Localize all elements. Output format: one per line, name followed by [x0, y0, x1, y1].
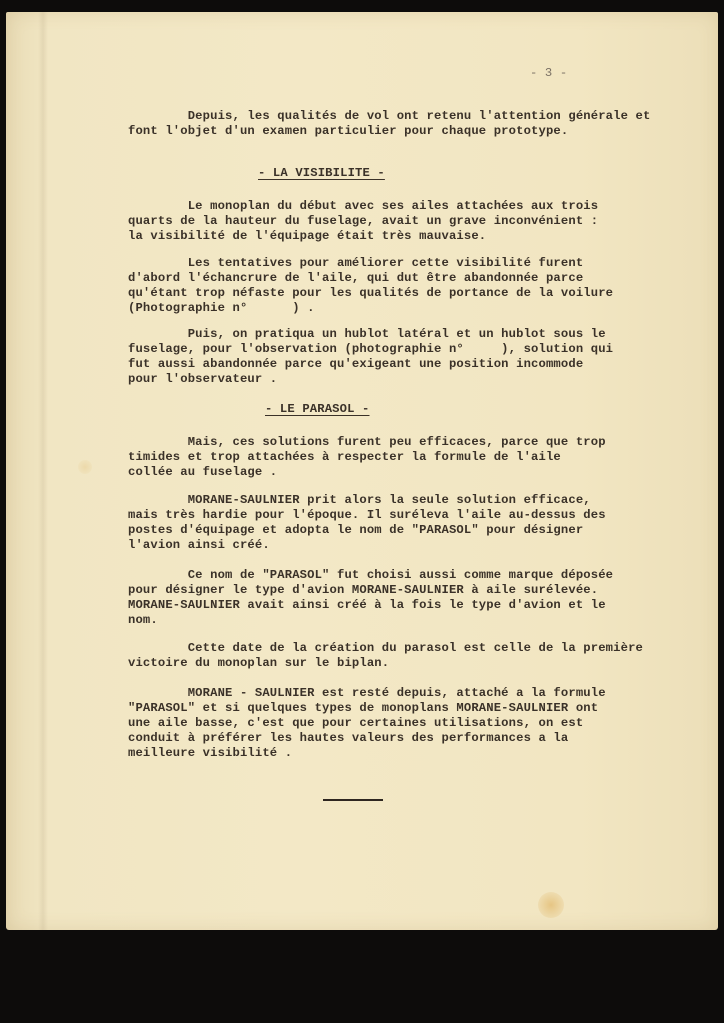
paragraph-line: qu'étant trop néfaste pour les qualités … — [128, 286, 613, 301]
paragraph-line: collée au fuselage . — [128, 465, 277, 480]
paragraph-line: MORANE - SAULNIER est resté depuis, atta… — [128, 686, 606, 701]
paragraph-line: Cette date de la création du parasol est… — [128, 641, 643, 656]
paragraph-line: quarts de la hauteur du fuselage, avait … — [128, 214, 598, 229]
paragraph-line: (Photographie n° ) . — [128, 301, 315, 316]
paragraph-line: pour désigner le type d'avion MORANE-SAU… — [128, 583, 598, 598]
paragraph-line: timides et trop attachées à respecter la… — [128, 450, 561, 465]
scanned-document: - 3 - Depuis, les qualités de vol ont re… — [0, 0, 724, 1023]
paragraph-line: postes d'équipage et adopta le nom de "P… — [128, 523, 583, 538]
paper-stain — [78, 460, 92, 474]
paragraph-line: meilleure visibilité . — [128, 746, 292, 761]
paper-fold-shadow — [38, 12, 48, 930]
paragraph-line: nom. — [128, 613, 158, 628]
paragraph-line: d'abord l'échancrure de l'aile, qui dut … — [128, 271, 583, 286]
paragraph-line: Les tentatives pour améliorer cette visi… — [128, 256, 583, 271]
paper-stain — [538, 892, 564, 918]
paragraph-line: Le monoplan du début avec ses ailes atta… — [128, 199, 598, 214]
intro-line-1: Depuis, les qualités de vol ont retenu l… — [128, 109, 650, 124]
paragraph-line: Ce nom de "PARASOL" fut choisi aussi com… — [128, 568, 613, 583]
paragraph-line: MORANE-SAULNIER avait ainsi créé à la fo… — [128, 598, 606, 613]
paragraph-line: conduit à préférer les hautes valeurs de… — [128, 731, 568, 746]
intro-line-2: font l'objet d'un examen particulier pou… — [128, 124, 568, 139]
paragraph-line: la visibilité de l'équipage était très m… — [128, 229, 486, 244]
paper-page — [6, 12, 718, 930]
paragraph-line: MORANE-SAULNIER prit alors la seule solu… — [128, 493, 591, 508]
paragraph-line: l'avion ainsi créé. — [128, 538, 270, 553]
paragraph-line: Mais, ces solutions furent peu efficaces… — [128, 435, 606, 450]
paragraph-line: une aile basse, c'est que pour certaines… — [128, 716, 583, 731]
paragraph-line: "PARASOL" et si quelques types de monopl… — [128, 701, 598, 716]
paragraph-line: fuselage, pour l'observation (photograph… — [128, 342, 613, 357]
paragraph-line: mais très hardie pour l'époque. Il surél… — [128, 508, 606, 523]
end-rule-divider — [323, 799, 383, 801]
paragraph-line: victoire du monoplan sur le biplan. — [128, 656, 389, 671]
section-heading-visibilite: - LA VISIBILITE - — [258, 166, 385, 181]
page-number: - 3 - — [530, 66, 567, 81]
paragraph-line: Puis, on pratiqua un hublot latéral et u… — [128, 327, 606, 342]
section-heading-parasol: - LE PARASOL - — [265, 402, 370, 417]
paragraph-line: fut aussi abandonnée parce qu'exigeant u… — [128, 357, 583, 372]
paragraph-line: pour l'observateur . — [128, 372, 277, 387]
